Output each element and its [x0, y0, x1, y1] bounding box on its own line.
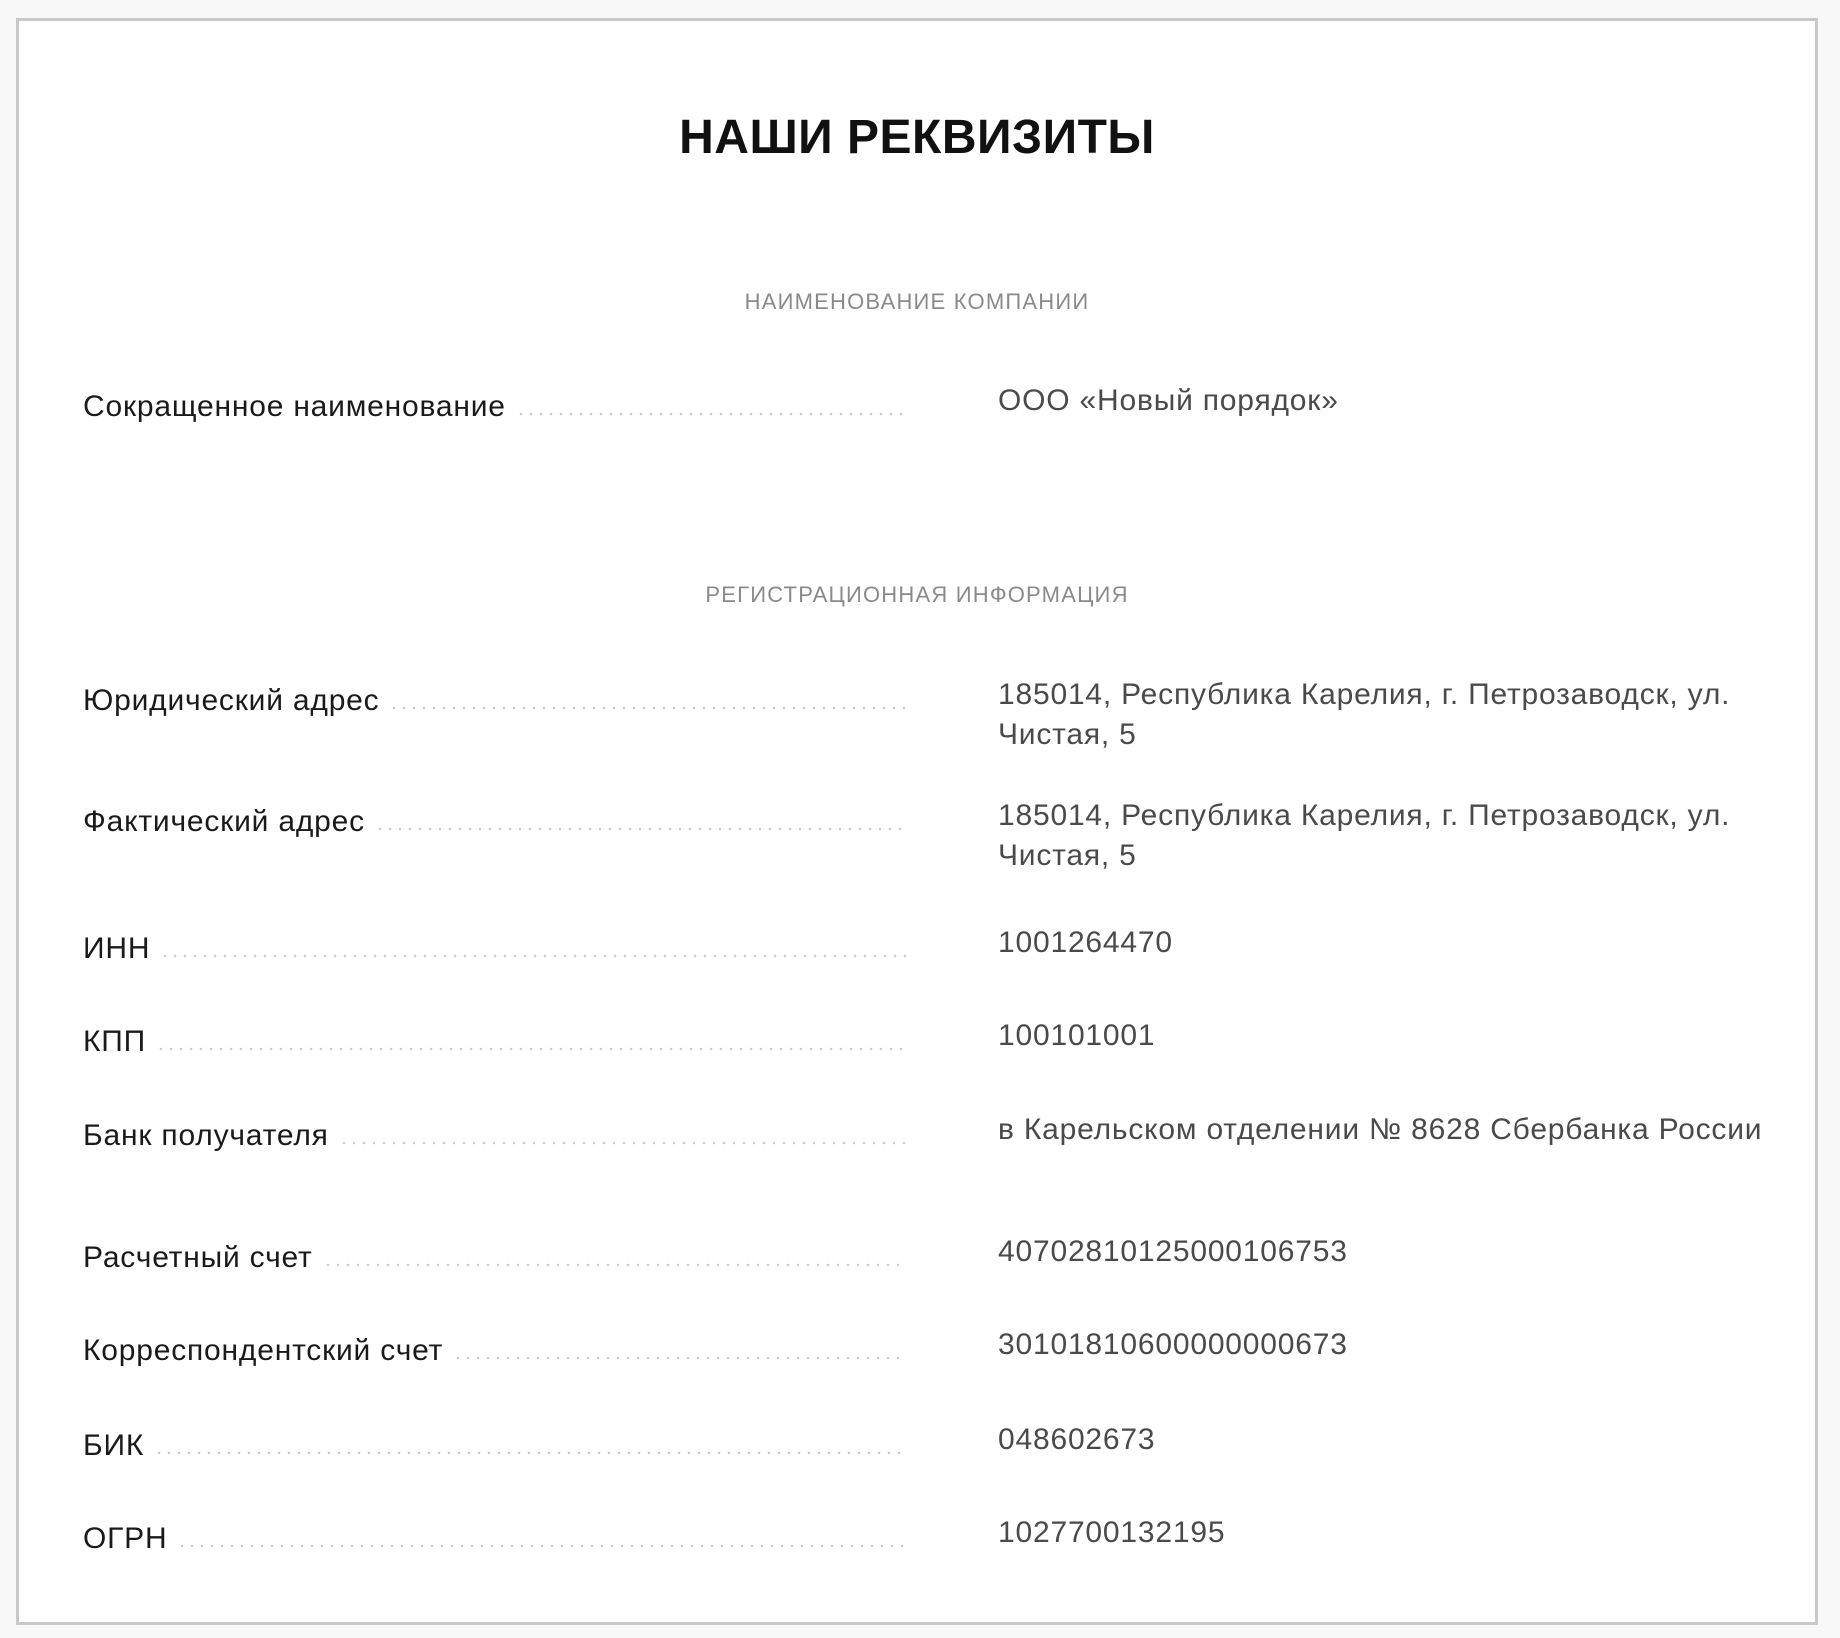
requisite-label-cell: Фактический адрес — [83, 796, 907, 842]
requisite-value: 100101001 — [998, 1016, 1798, 1056]
dotted-leader — [154, 1423, 907, 1455]
requisite-label: Корреспондентский счет — [83, 1331, 443, 1371]
requisite-row-legal-address: Юридический адрес 185014, Республика Кар… — [83, 675, 1803, 755]
requisite-label: Расчетный счет — [83, 1238, 313, 1278]
requisite-value: 30101810600000000673 — [998, 1325, 1798, 1365]
requisite-label: БИК — [83, 1426, 144, 1466]
dotted-leader — [389, 678, 907, 710]
dotted-leader — [177, 1516, 907, 1548]
requisite-label-cell: Банк получателя — [83, 1110, 907, 1156]
section-heading-company-name: НАИМЕНОВАНИЕ КОМПАНИИ — [19, 289, 1815, 315]
requisite-label-cell: ОГРН — [83, 1513, 907, 1559]
requisite-row-actual-address: Фактический адрес 185014, Республика Кар… — [83, 796, 1803, 876]
requisite-label: Юридический адрес — [83, 681, 379, 721]
requisite-value: ООО «Новый порядок» — [998, 381, 1798, 421]
dotted-leader — [453, 1328, 907, 1360]
dotted-leader — [156, 1019, 907, 1051]
requisite-value: 1027700132195 — [998, 1513, 1798, 1553]
dotted-leader — [323, 1235, 907, 1267]
requisite-label: ОГРН — [83, 1519, 167, 1559]
requisite-label-cell: Юридический адрес — [83, 675, 907, 721]
requisite-value: 048602673 — [998, 1420, 1798, 1460]
requisite-value: в Карельском отделении № 8628 Сбербанка … — [998, 1110, 1798, 1150]
requisite-row-short-name: Сокращенное наименование ООО «Новый поря… — [83, 381, 1803, 427]
dotted-leader — [339, 1113, 907, 1145]
requisite-row-settlement-account: Расчетный счет 40702810125000106753 — [83, 1232, 1803, 1278]
requisite-label: Сокращенное наименование — [83, 387, 506, 427]
requisite-value: 40702810125000106753 — [998, 1232, 1798, 1272]
requisite-value: 185014, Республика Карелия, г. Петрозаво… — [998, 796, 1798, 876]
requisites-card: НАШИ РЕКВИЗИТЫ НАИМЕНОВАНИЕ КОМПАНИИ Сок… — [16, 18, 1818, 1625]
requisite-label-cell: Корреспондентский счет — [83, 1325, 907, 1371]
requisite-row-ogrn: ОГРН 1027700132195 — [83, 1513, 1803, 1559]
requisite-label: Фактический адрес — [83, 802, 365, 842]
requisite-label-cell: ИНН — [83, 923, 907, 969]
requisite-label-cell: БИК — [83, 1420, 907, 1466]
dotted-leader — [516, 384, 907, 416]
requisite-label-cell: Расчетный счет — [83, 1232, 907, 1278]
requisite-row-bank: Банк получателя в Карельском отделении №… — [83, 1110, 1803, 1156]
requisite-value: 185014, Республика Карелия, г. Петрозаво… — [998, 675, 1798, 755]
dotted-leader — [375, 799, 907, 831]
requisite-label: КПП — [83, 1022, 146, 1062]
requisite-label: Банк получателя — [83, 1116, 329, 1156]
requisite-row-inn: ИНН 1001264470 — [83, 923, 1803, 969]
page-title: НАШИ РЕКВИЗИТЫ — [19, 110, 1815, 166]
requisite-row-bik: БИК 048602673 — [83, 1420, 1803, 1466]
dotted-leader — [160, 926, 907, 958]
requisite-value: 1001264470 — [998, 923, 1798, 963]
requisite-label-cell: Сокращенное наименование — [83, 381, 907, 427]
requisite-label: ИНН — [83, 929, 150, 969]
requisite-row-correspondent-account: Корреспондентский счет 30101810600000000… — [83, 1325, 1803, 1371]
requisite-label-cell: КПП — [83, 1016, 907, 1062]
section-heading-registration-info: РЕГИСТРАЦИОННАЯ ИНФОРМАЦИЯ — [19, 582, 1815, 608]
requisite-row-kpp: КПП 100101001 — [83, 1016, 1803, 1062]
